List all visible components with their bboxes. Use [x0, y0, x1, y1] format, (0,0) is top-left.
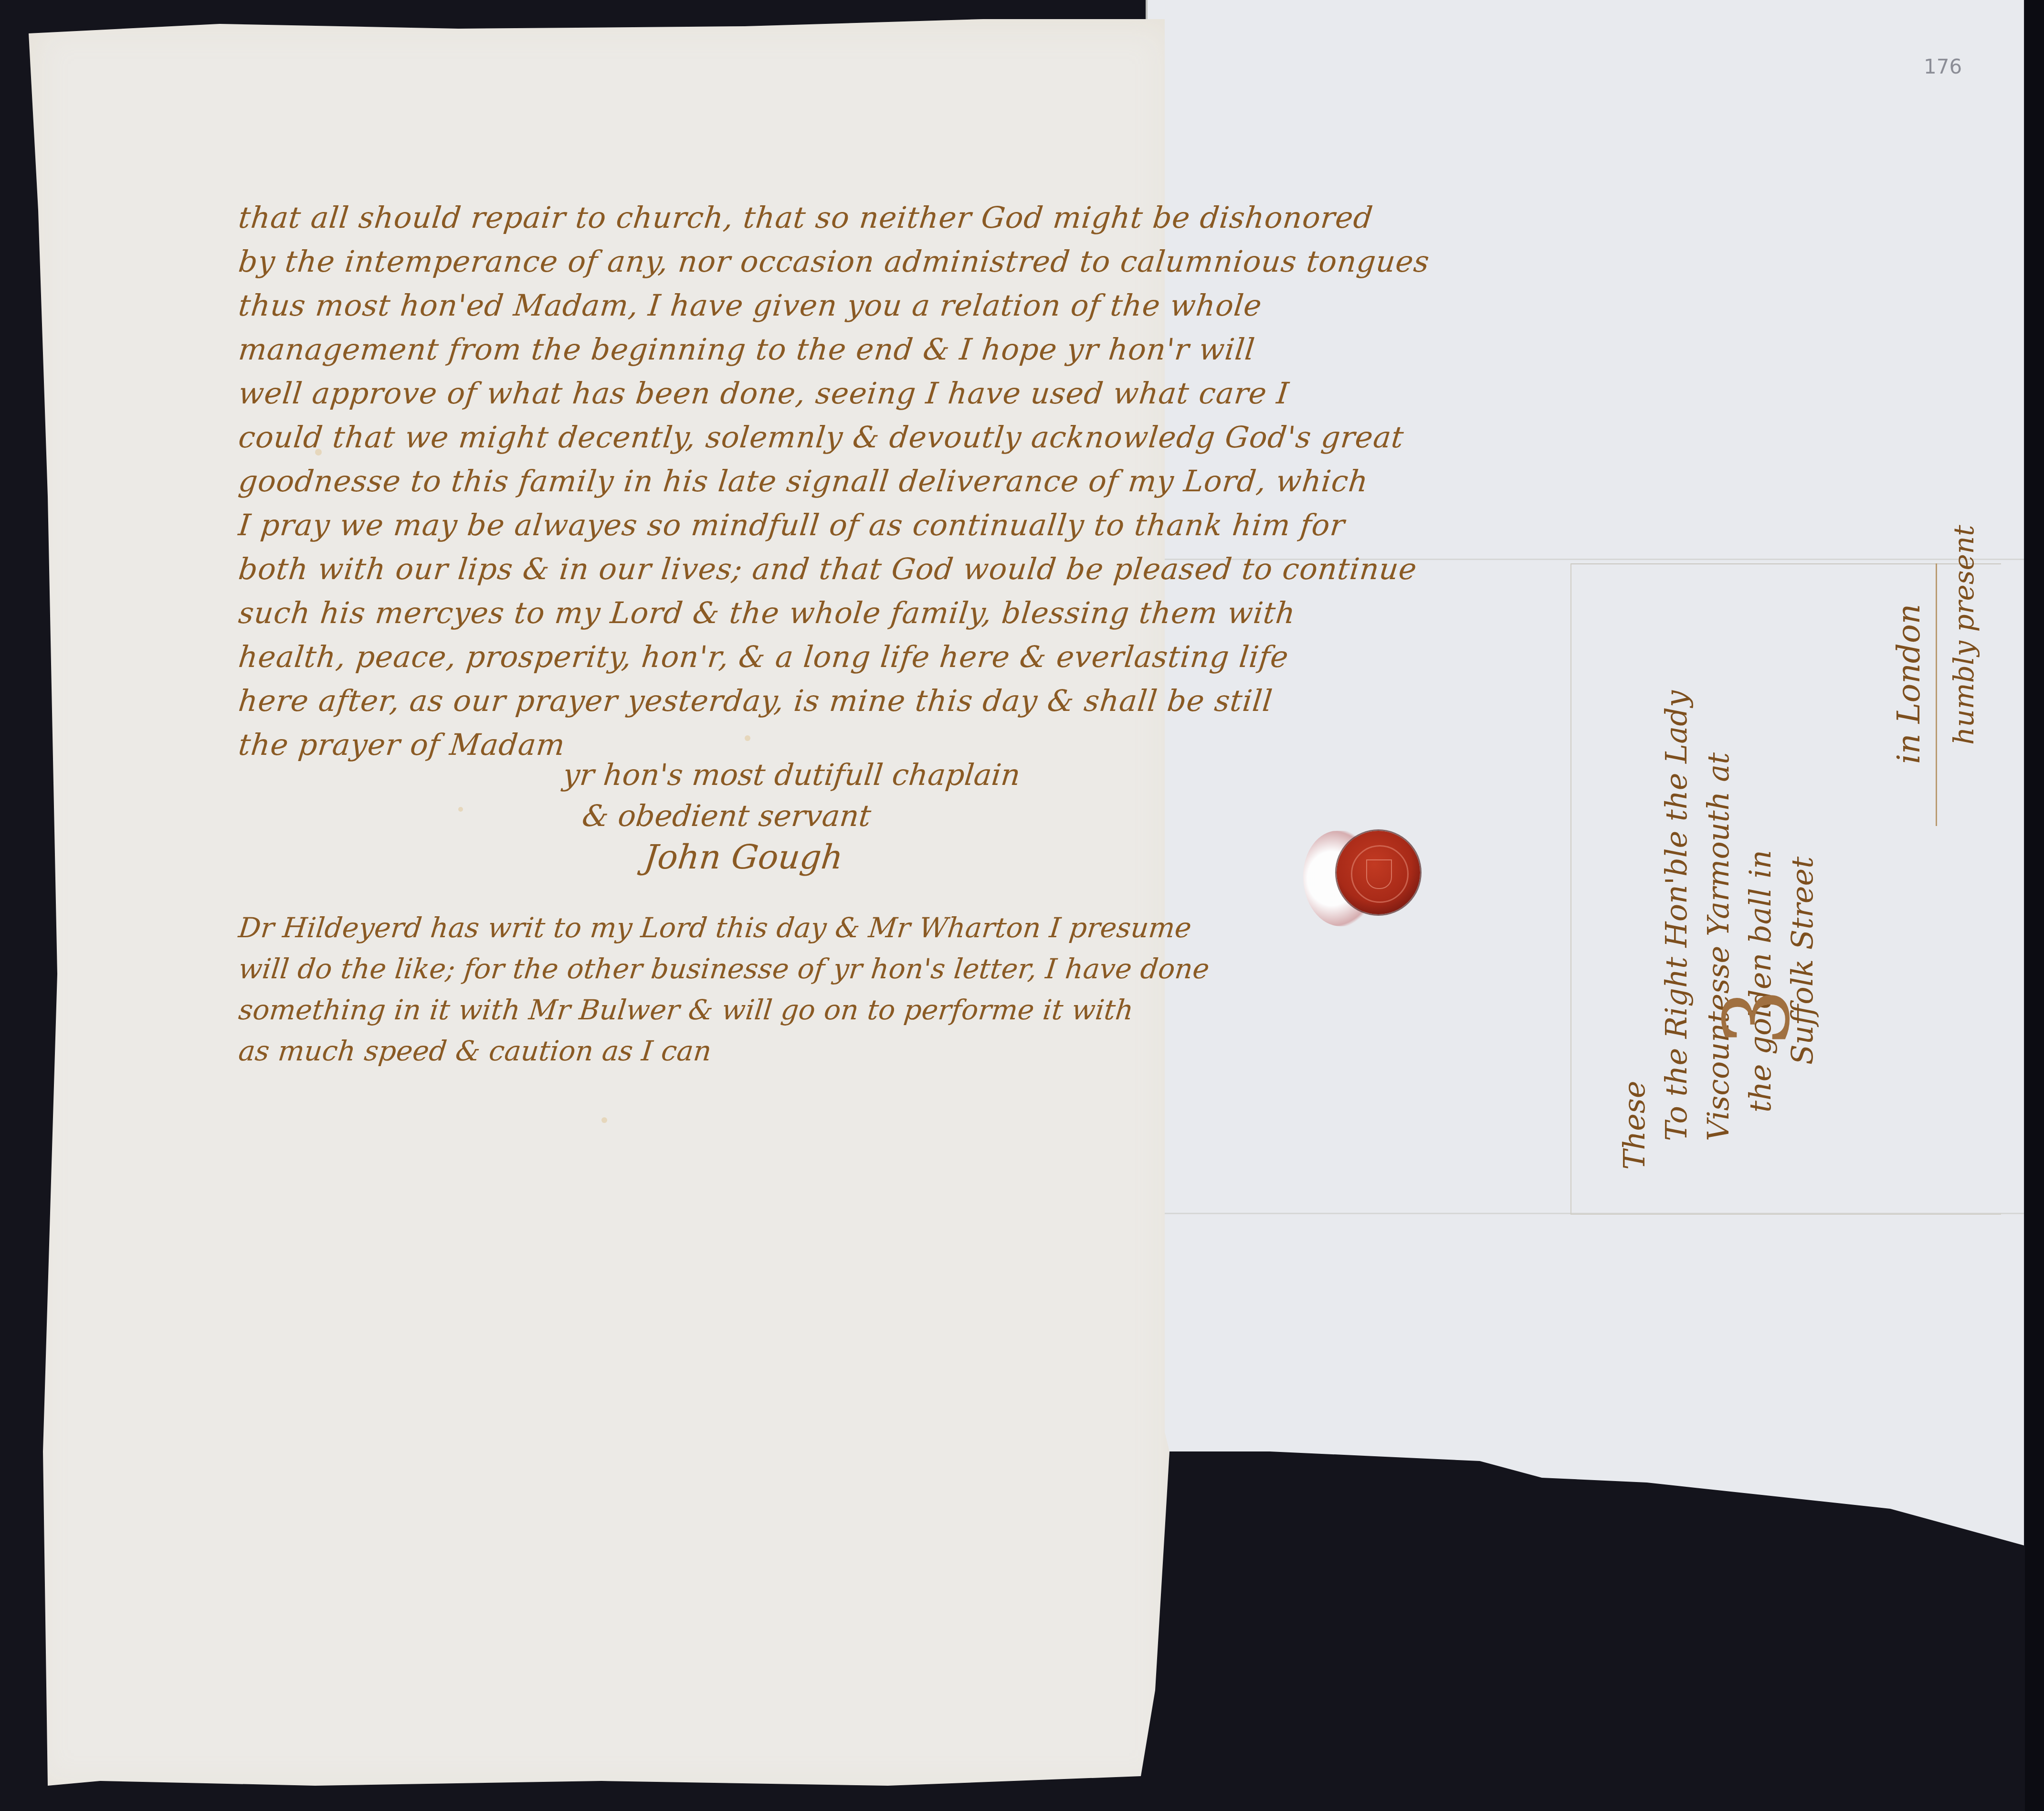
body-line: goodnesse to this family in his late sig… — [236, 459, 1158, 503]
postal-mark: 3 — [1704, 988, 1810, 1046]
postscript-line: Dr Hildeyerd has writ to my Lord this da… — [236, 907, 1157, 948]
body-line: could that we might decently, solemnly &… — [236, 415, 1158, 459]
signature: John Gough — [642, 837, 1022, 878]
closing-line: & obedient servant — [580, 795, 1022, 837]
folio-number: 176 — [1924, 55, 1962, 78]
body-line: thus most hon'ed Madam, I have given you… — [236, 284, 1158, 328]
address-line: Viscountesse Yarmouth at — [1697, 690, 1739, 1141]
postscript: Dr Hildeyerd has writ to my Lord this da… — [239, 907, 1155, 1071]
wax-seal — [1303, 821, 1427, 931]
address-rule — [1936, 563, 1937, 826]
address-line: the golden ball in — [1739, 690, 1781, 1112]
body-line: here after, as our prayer yesterday, is … — [236, 679, 1158, 723]
backdrop-edge — [2025, 0, 2044, 1811]
letter-closing: yr hon's most dutifull chaplain & obedie… — [563, 754, 1020, 878]
closing-line: yr hon's most dutifull chaplain — [561, 754, 1022, 795]
postscript-line: something in it with Mr Bulwer & will go… — [236, 989, 1157, 1030]
body-line: both with our lips & in our lives; and t… — [236, 547, 1158, 591]
address-note: humbly present — [1948, 525, 1980, 745]
ink-stain — [458, 807, 463, 812]
body-line: management from the beginning to the end… — [236, 328, 1158, 371]
body-line: well approve of what has been done, seei… — [236, 371, 1158, 415]
address-line: To the Right Hon'ble the Lady — [1655, 690, 1697, 1141]
heraldic-shield-icon — [1366, 859, 1392, 889]
letter-body: that all should repair to church, that s… — [239, 196, 1155, 767]
ink-stain — [601, 1117, 607, 1123]
address-block: These To the Right Hon'ble the Lady Visc… — [1613, 690, 1823, 1170]
postscript-line: as much speed & caution as I can — [236, 1030, 1157, 1071]
body-line: by the intemperance of any, nor occasion… — [236, 240, 1158, 284]
body-line: health, peace, prosperity, hon'r, & a lo… — [236, 635, 1158, 679]
address-place: in London — [1890, 604, 1927, 764]
postscript-line: will do the like; for the other business… — [236, 948, 1157, 989]
body-line: that all should repair to church, that s… — [236, 196, 1158, 240]
body-line: I pray we may be alwayes so mindfull of … — [236, 503, 1158, 547]
body-line: such his mercyes to my Lord & the whole … — [236, 591, 1158, 635]
address-line: These — [1613, 690, 1655, 1170]
